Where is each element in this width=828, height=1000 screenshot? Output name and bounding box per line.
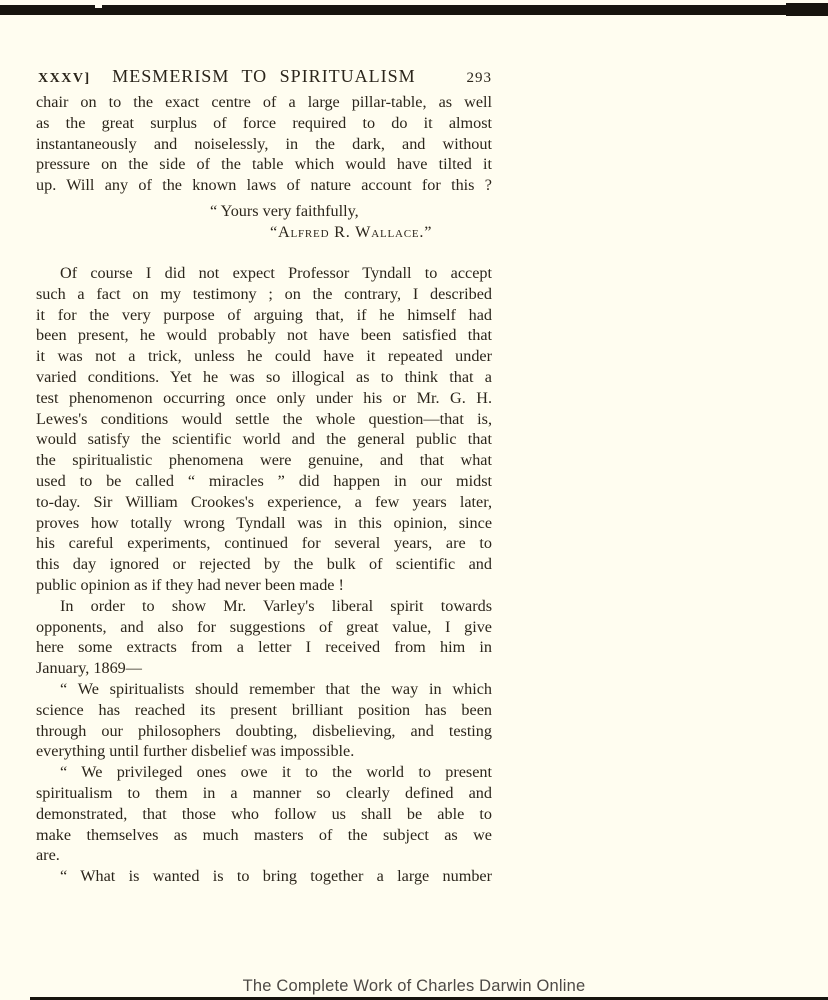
paragraph: chair on to the exact centre of a large … bbox=[36, 92, 492, 196]
text-line: this day ignored or rejected by the bulk… bbox=[36, 554, 492, 575]
text-line: “ We spiritualists should remember that … bbox=[36, 679, 492, 700]
text-line: varied conditions. Yet he was so illogic… bbox=[36, 367, 492, 388]
text-line: spiritualism to them in a manner so clea… bbox=[36, 783, 492, 804]
text-line: opponents, and also for suggestions of g… bbox=[36, 617, 492, 638]
signature-block: “ Yours very faithfully,“Alfred R. Walla… bbox=[36, 201, 492, 243]
text-line: In order to show Mr. Varley's liberal sp… bbox=[36, 596, 492, 617]
text-line: demonstrated, that those who follow us s… bbox=[36, 804, 492, 825]
text-line: here some extracts from a letter I recei… bbox=[36, 637, 492, 658]
text-line: public opinion as if they had never been… bbox=[36, 575, 492, 596]
text-line: January, 1869— bbox=[36, 658, 492, 679]
text-line: would satisfy the scientific world and t… bbox=[36, 429, 492, 450]
text-line: to-day. Sir William Crookes's experience… bbox=[36, 492, 492, 513]
text-line: “ Yours very faithfully, bbox=[210, 201, 492, 222]
text-line: Lewes's conditions would settle the whol… bbox=[36, 409, 492, 430]
scan-top-bar bbox=[0, 5, 828, 15]
text-line: used to be called “ miracles ” did happe… bbox=[36, 471, 492, 492]
scanned-book-page: XXXV] MESMERISM TO SPIRITUALISM 293 chai… bbox=[0, 0, 828, 1000]
text-line: make themselves as much masters of the s… bbox=[36, 825, 492, 846]
text-line: are. bbox=[36, 845, 492, 866]
text-line: as the great surplus of force required t… bbox=[36, 113, 492, 134]
text-line: the spiritualistic phenomena were genuin… bbox=[36, 450, 492, 471]
paragraph: “ What is wanted is to bring together a … bbox=[36, 866, 492, 887]
text-line: proves how totally wrong Tyndall was in … bbox=[36, 513, 492, 534]
text-line: it was not a trick, unless he could have… bbox=[36, 346, 492, 367]
text-line: up. Will any of the known laws of nature… bbox=[36, 175, 492, 196]
text-line: chair on to the exact centre of a large … bbox=[36, 92, 492, 113]
text-line: everything until further disbelief was i… bbox=[36, 741, 492, 762]
text-line: science has reached its present brillian… bbox=[36, 700, 492, 721]
text-line: “ What is wanted is to bring together a … bbox=[36, 866, 492, 887]
darwin-online-watermark: The Complete Work of Charles Darwin Onli… bbox=[0, 977, 828, 996]
text-line: test phenomenon occurring once only unde… bbox=[36, 388, 492, 409]
page-number: 293 bbox=[467, 70, 493, 87]
text-line: his careful experiments, continued for s… bbox=[36, 533, 492, 554]
paragraph: “ We privileged ones owe it to the world… bbox=[36, 762, 492, 866]
text-line: instantaneously and noiselessly, in the … bbox=[36, 134, 492, 155]
page-column: XXXV] MESMERISM TO SPIRITUALISM 293 chai… bbox=[36, 66, 492, 887]
page-title: MESMERISM TO SPIRITUALISM bbox=[36, 66, 492, 87]
text-line: been present, he would probably not have… bbox=[36, 325, 492, 346]
scan-top-bar-right-blob bbox=[786, 3, 828, 16]
text-line: “Alfred R. Wallace.” bbox=[270, 222, 492, 243]
page-body: chair on to the exact centre of a large … bbox=[36, 92, 492, 887]
text-line: through our philosophers doubting, disbe… bbox=[36, 721, 492, 742]
text-line: pressure on the side of the table which … bbox=[36, 154, 492, 175]
text-line: “ We privileged ones owe it to the world… bbox=[36, 762, 492, 783]
scan-top-bar-notch bbox=[95, 5, 102, 8]
paragraph: Of course I did not expect Professor Tyn… bbox=[36, 263, 492, 596]
running-header: XXXV] MESMERISM TO SPIRITUALISM 293 bbox=[36, 66, 492, 92]
text-line: it for the very purpose of arguing that,… bbox=[36, 305, 492, 326]
text-line: Of course I did not expect Professor Tyn… bbox=[36, 263, 492, 284]
paragraph: “ We spiritualists should remember that … bbox=[36, 679, 492, 762]
text-line: such a fact on my testimony ; on the con… bbox=[36, 284, 492, 305]
paragraph: In order to show Mr. Varley's liberal sp… bbox=[36, 596, 492, 679]
